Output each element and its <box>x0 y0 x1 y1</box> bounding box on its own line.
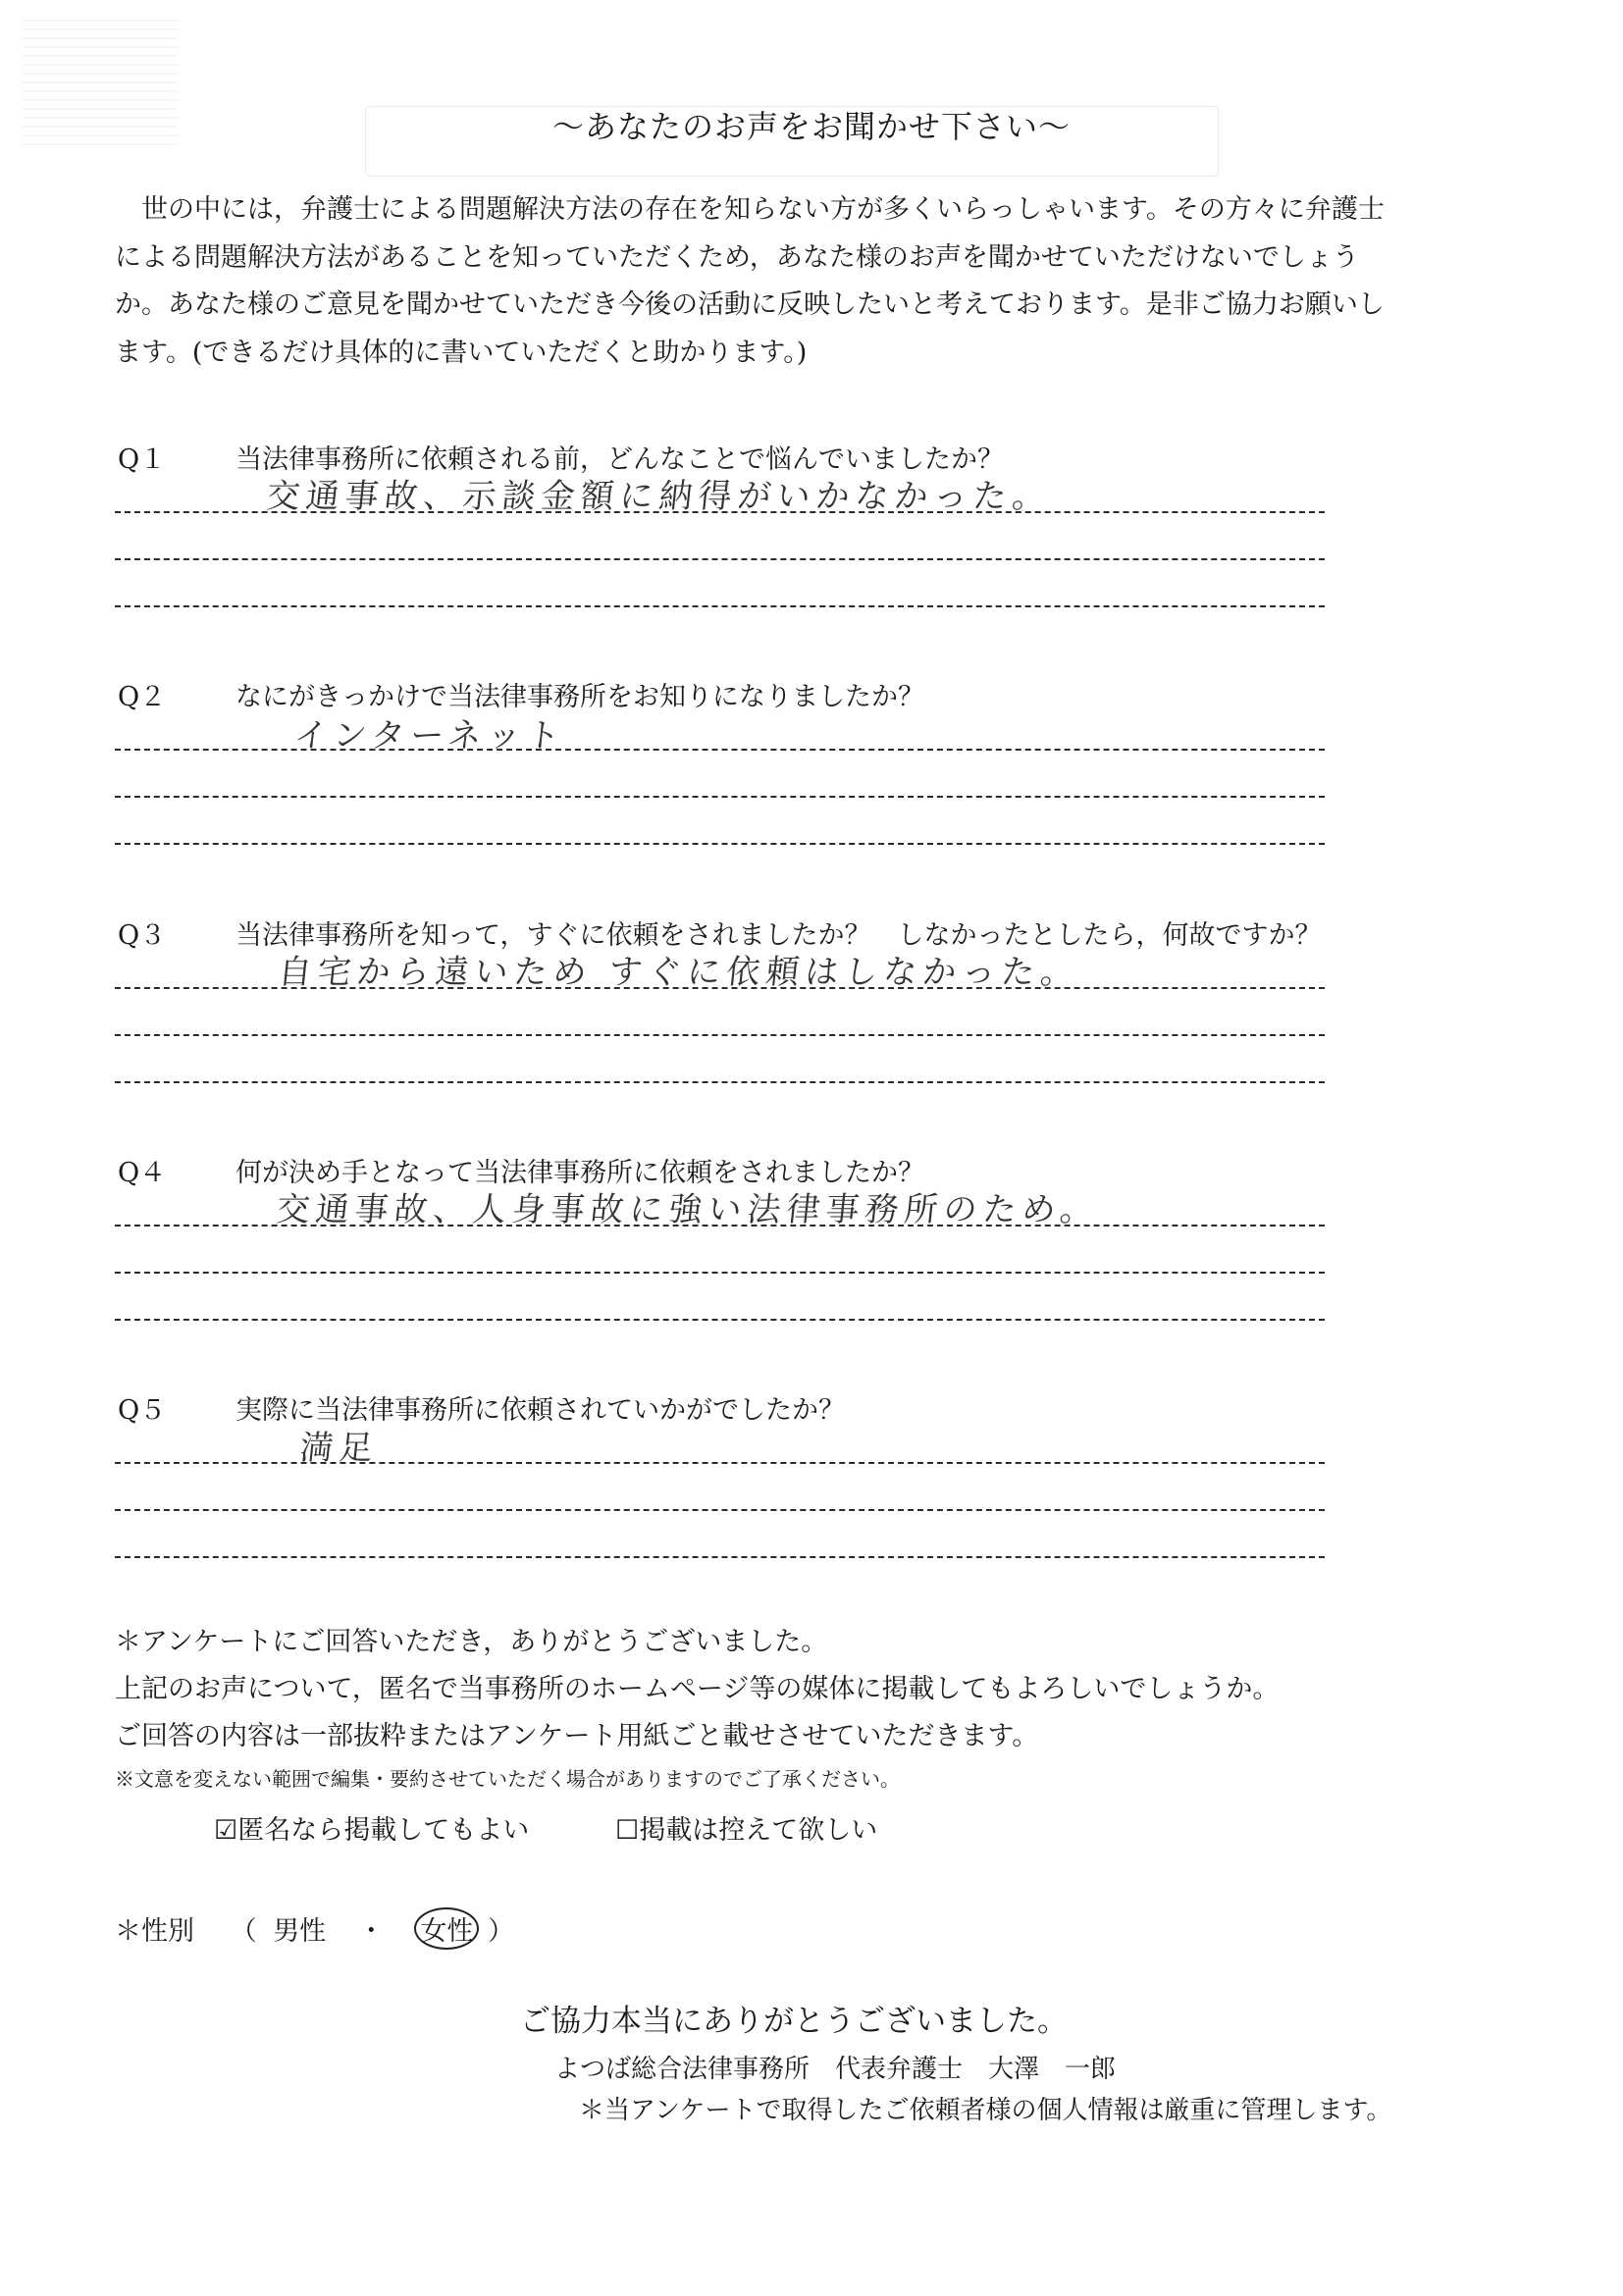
survey-thanks: ＊アンケートにご回答いただき，ありがとうございました。 <box>115 1620 827 1658</box>
intro-line: 世の中には，弁護士による問題解決方法の存在を知らない方が多くいらっしゃいます。そ… <box>115 186 1528 235</box>
answer-line <box>115 749 1325 751</box>
publish-scope: ご回答の内容は一部抜粋またはアンケート用紙ごと載せさせていただきます。 <box>115 1714 1038 1752</box>
office-signature: よつば総合法律事務所 代表弁護士 大澤 一郎 <box>554 2049 1116 2085</box>
answer-handwritten[interactable]: 自宅から遠いため すぐに依頼はしなかった。 <box>276 945 1082 993</box>
publish-question: 上記のお声について，匿名で当事務所のホームページ等の媒体に掲載してもよろしいでし… <box>115 1667 1279 1705</box>
answer-handwritten[interactable]: 交通事故、示談金額に納得がいかなかった。 <box>264 469 1054 517</box>
answer-line <box>115 511 1325 513</box>
question-label: Q２ <box>118 675 166 713</box>
question-label: Q４ <box>118 1151 166 1189</box>
closing-thanks: ご協力本当にありがとうございました。 <box>520 1996 1068 2040</box>
option-decline-label: 掲載は控えて欲しい <box>639 1815 877 1846</box>
answer-line <box>115 1081 1325 1083</box>
checkbox-checked-icon[interactable]: ☑ <box>214 1815 237 1846</box>
question-label: Q５ <box>118 1388 166 1427</box>
answer-line <box>115 1462 1325 1464</box>
intro-line: による問題解決方法があることを知っていただくため，あなた様のお声を聞かせていただ… <box>115 235 1528 283</box>
gender-separator: ・ <box>358 1916 385 1947</box>
answer-handwritten[interactable]: 交通事故、人身事故に強い法律事務所のため。 <box>274 1182 1102 1230</box>
privacy-note: ＊当アンケートで取得したご依頼者様の個人情報は厳重に管理します。 <box>579 2090 1391 2126</box>
question-label: Q３ <box>118 913 166 952</box>
answer-line <box>115 1509 1325 1511</box>
answer-line <box>115 843 1325 845</box>
option-anonymous[interactable]: ☑匿名なら掲載してもよい <box>214 1808 529 1847</box>
gender-option-male[interactable]: 男性 <box>273 1916 326 1947</box>
page-title: ～あなたのお声をお聞かせ下さい～ <box>0 102 1623 147</box>
answer-line <box>115 1556 1325 1558</box>
edit-notice: ※文意を変えない範囲で編集・要約させていただく場合がありますのでご了承ください。 <box>115 1763 900 1792</box>
answer-line <box>115 987 1325 989</box>
intro-line: ます。(できるだけ具体的に書いていただくと助かります。) <box>115 330 1528 378</box>
answer-line <box>115 1225 1325 1226</box>
answer-line <box>115 605 1325 607</box>
option-decline[interactable]: ☐掲載は控えて欲しい <box>615 1808 877 1847</box>
answer-line <box>115 1034 1325 1036</box>
checkbox-empty-icon[interactable]: ☐ <box>615 1815 639 1846</box>
intro-line: か。あなた様のご意見を聞かせていただき今後の活動に反映したいと考えております。是… <box>115 282 1528 330</box>
answer-line <box>115 796 1325 798</box>
question-label: Q１ <box>118 438 166 476</box>
gender-paren-close: ） <box>488 1916 514 1947</box>
gender-label: ＊性別 <box>115 1916 194 1947</box>
gender-option-female-circled[interactable]: 女性 <box>414 1907 479 1950</box>
gender-row: ＊性別 （ 男性 ・ 女性 ） <box>115 1907 514 1950</box>
intro-paragraph: 世の中には，弁護士による問題解決方法の存在を知らない方が多くいらっしゃいます。そ… <box>115 186 1528 377</box>
option-anonymous-label: 匿名なら掲載してもよい <box>237 1815 529 1846</box>
answer-line <box>115 1319 1325 1321</box>
answer-line <box>115 1272 1325 1274</box>
answer-line <box>115 558 1325 560</box>
gender-paren-open: （ <box>231 1916 257 1947</box>
